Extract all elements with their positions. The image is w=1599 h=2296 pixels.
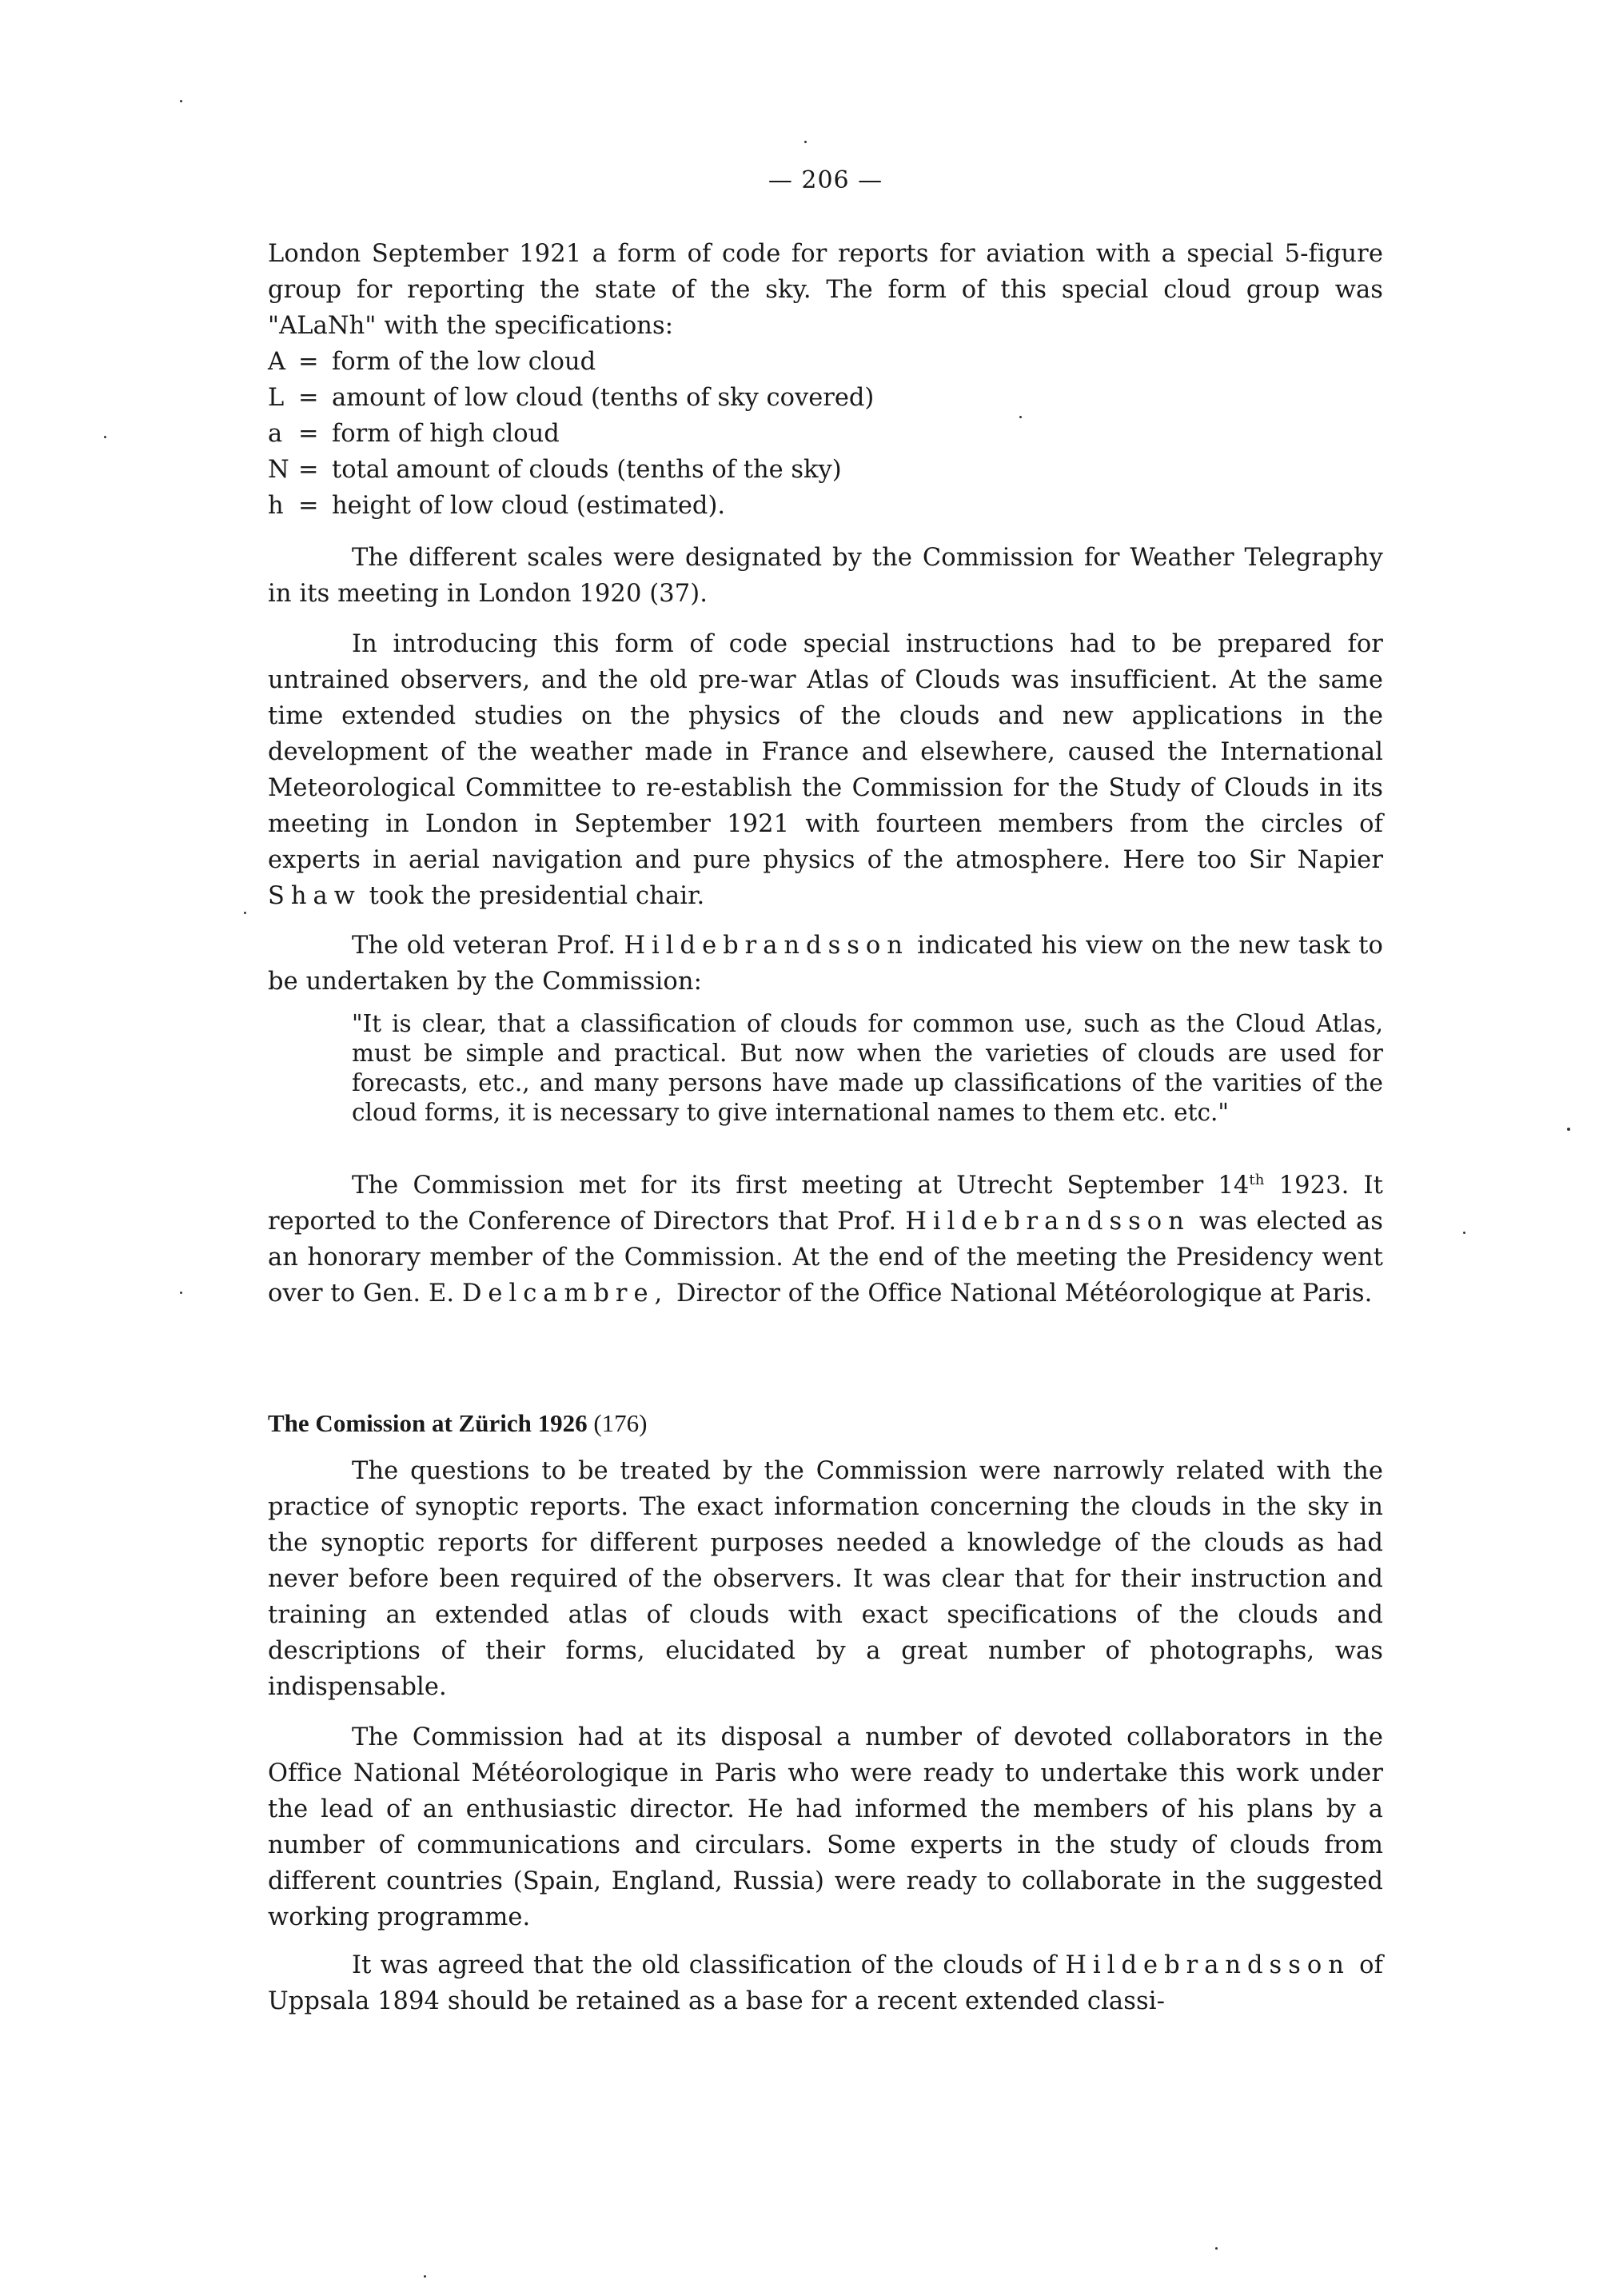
scan-speck: [180, 100, 182, 102]
spec-equals: =: [298, 380, 332, 416]
section-heading: The Comission at Zürich 1926 (176): [268, 1405, 648, 1441]
paragraph-text: It was agreed that the old classificatio…: [352, 1951, 1056, 1979]
spec-description: form of the low cloud: [332, 344, 596, 380]
paragraph-scales: The different scales were designated by …: [268, 540, 1383, 612]
scan-speck: [104, 436, 106, 438]
spec-key: a: [268, 416, 298, 452]
section-title: The Comission at Zürich 1926: [268, 1409, 588, 1437]
specification-item: N = total amount of clouds (tenths of th…: [268, 452, 1383, 488]
person-name: Delcambre,: [462, 1280, 668, 1308]
specification-list: A = form of the low cloud L = amount of …: [268, 344, 1383, 524]
scan-speck: [1463, 1232, 1465, 1234]
superscript: th: [1249, 1172, 1264, 1188]
section-reference: (176): [593, 1409, 647, 1437]
paragraph-introducing: In introducing this form of code special…: [268, 626, 1383, 914]
spec-description: total amount of clouds (tenths of the sk…: [332, 452, 842, 488]
paragraph-questions: The questions to be treated by the Commi…: [268, 1453, 1383, 1705]
scan-speck: [180, 1292, 182, 1294]
person-name: Shaw: [268, 882, 361, 910]
spec-key: A: [268, 344, 298, 380]
paragraph-utrecht: The Commission met for its first meeting…: [268, 1168, 1383, 1312]
spec-description: form of high cloud: [332, 416, 560, 452]
spec-description: height of low cloud (estimated).: [332, 488, 725, 524]
scan-speck: [1215, 2247, 1218, 2250]
paragraph-collaborators: The Commission had at its disposal a num…: [268, 1719, 1383, 1935]
spec-key: L: [268, 380, 298, 416]
intro-paragraph: London September 1921 a form of code for…: [268, 236, 1383, 344]
paragraph-text: Director of the Office National Météorol…: [676, 1280, 1372, 1308]
paragraph-veteran: The old veteran Prof. Hildebrandsson ind…: [268, 928, 1383, 1000]
paragraph-text: The Commission met for its first meeting…: [352, 1172, 1249, 1200]
paragraph-text: took the presidential chair.: [369, 882, 705, 910]
paragraph-agreed: It was agreed that the old classificatio…: [268, 1947, 1383, 2019]
spec-equals: =: [298, 452, 332, 488]
spec-equals: =: [298, 344, 332, 380]
paragraph-text: In introducing this form of code special…: [268, 630, 1383, 874]
scan-speck: [244, 912, 246, 914]
person-name: Hildebrandsson: [1065, 1951, 1350, 1979]
specification-item: A = form of the low cloud: [268, 344, 1383, 380]
scan-speck: [804, 141, 807, 143]
specification-item: L = amount of low cloud (tenths of sky c…: [268, 380, 1383, 416]
scan-speck: [424, 2275, 426, 2278]
person-name: Hildebrandsson: [905, 1208, 1190, 1236]
spec-key: h: [268, 488, 298, 524]
person-name: Hildebrandsson: [624, 932, 908, 960]
specification-item: a = form of high cloud: [268, 416, 1383, 452]
scan-speck: [1019, 416, 1022, 418]
block-quote: "It is clear, that a classification of c…: [352, 1009, 1383, 1128]
specification-item: h = height of low cloud (estimated).: [268, 488, 1383, 524]
scan-speck: [1567, 1128, 1570, 1131]
page-number: — 206 —: [268, 166, 1383, 194]
spec-key: N: [268, 452, 298, 488]
paragraph-text: The old veteran Prof.: [352, 932, 616, 960]
spec-description: amount of low cloud (tenths of sky cover…: [332, 380, 874, 416]
spec-equals: =: [298, 416, 332, 452]
spec-equals: =: [298, 488, 332, 524]
